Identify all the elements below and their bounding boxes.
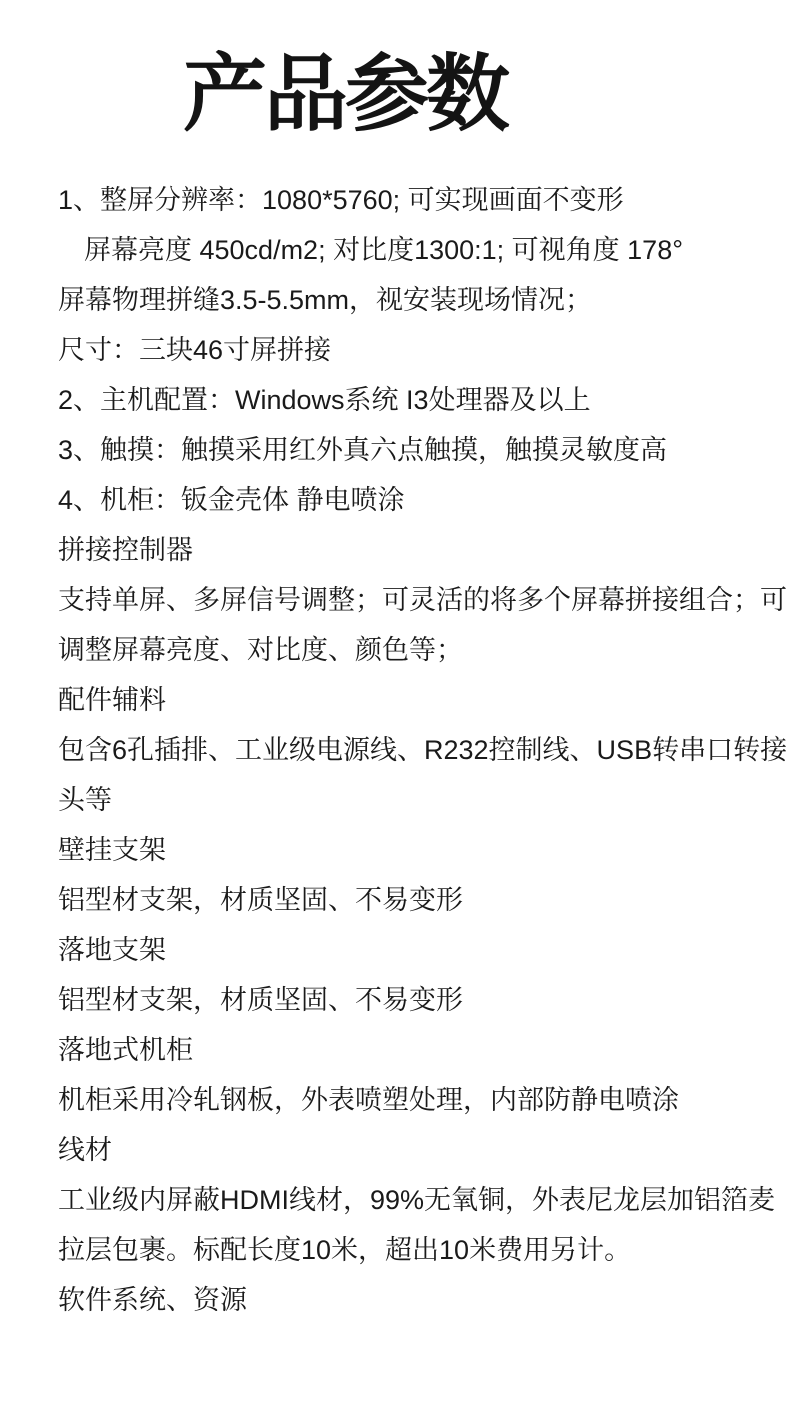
spec-line: 4、机柜：钣金壳体 静电喷涂 — [0, 475, 790, 525]
spec-line: 头等 — [0, 775, 790, 825]
spec-line: 机柜采用冷轧钢板，外表喷塑处理，内部防静电喷涂 — [0, 1075, 790, 1125]
spec-line: 铝型材支架，材质坚固、不易变形 — [0, 975, 790, 1025]
spec-line: 拉层包裹。标配长度10米，超出10米费用另计。 — [0, 1225, 790, 1275]
spec-section-heading: 落地支架 — [0, 925, 790, 975]
spec-line: 工业级内屏蔽HDMI线材，99%无氧铜，外表尼龙层加铝箔麦 — [0, 1175, 790, 1225]
spec-section-heading: 落地式机柜 — [0, 1025, 790, 1075]
spec-section-heading: 拼接控制器 — [0, 525, 790, 575]
spec-list: 1、整屏分辨率：1080*5760; 可实现画面不变形 屏幕亮度 450cd/m… — [0, 175, 790, 1325]
spec-line: 屏幕亮度 450cd/m2; 对比度1300:1; 可视角度 178° — [0, 225, 790, 275]
spec-line: 屏幕物理拼缝3.5-5.5mm，视安装现场情况； — [0, 275, 790, 325]
spec-section-heading: 线材 — [0, 1125, 790, 1175]
spec-line: 支持单屏、多屏信号调整；可灵活的将多个屏幕拼接组合；可 — [0, 575, 790, 625]
spec-line: 3、触摸：触摸采用红外真六点触摸，触摸灵敏度高 — [0, 425, 790, 475]
spec-section-heading: 配件辅料 — [0, 675, 790, 725]
spec-line: 铝型材支架，材质坚固、不易变形 — [0, 875, 790, 925]
spec-line: 2、主机配置：Windows系统 I3处理器及以上 — [0, 375, 790, 425]
spec-line: 尺寸：三块46寸屏拼接 — [0, 325, 790, 375]
spec-line: 调整屏幕亮度、对比度、颜色等； — [0, 625, 790, 675]
spec-line: 1、整屏分辨率：1080*5760; 可实现画面不变形 — [0, 175, 790, 225]
spec-section-heading: 软件系统、资源 — [0, 1275, 790, 1325]
product-spec-page: 产品参数 1、整屏分辨率：1080*5760; 可实现画面不变形 屏幕亮度 45… — [0, 0, 790, 1417]
spec-line: 包含6孔插排、工业级电源线、R232控制线、USB转串口转接 — [0, 725, 790, 775]
page-title: 产品参数 — [0, 0, 790, 175]
spec-section-heading: 壁挂支架 — [0, 825, 790, 875]
